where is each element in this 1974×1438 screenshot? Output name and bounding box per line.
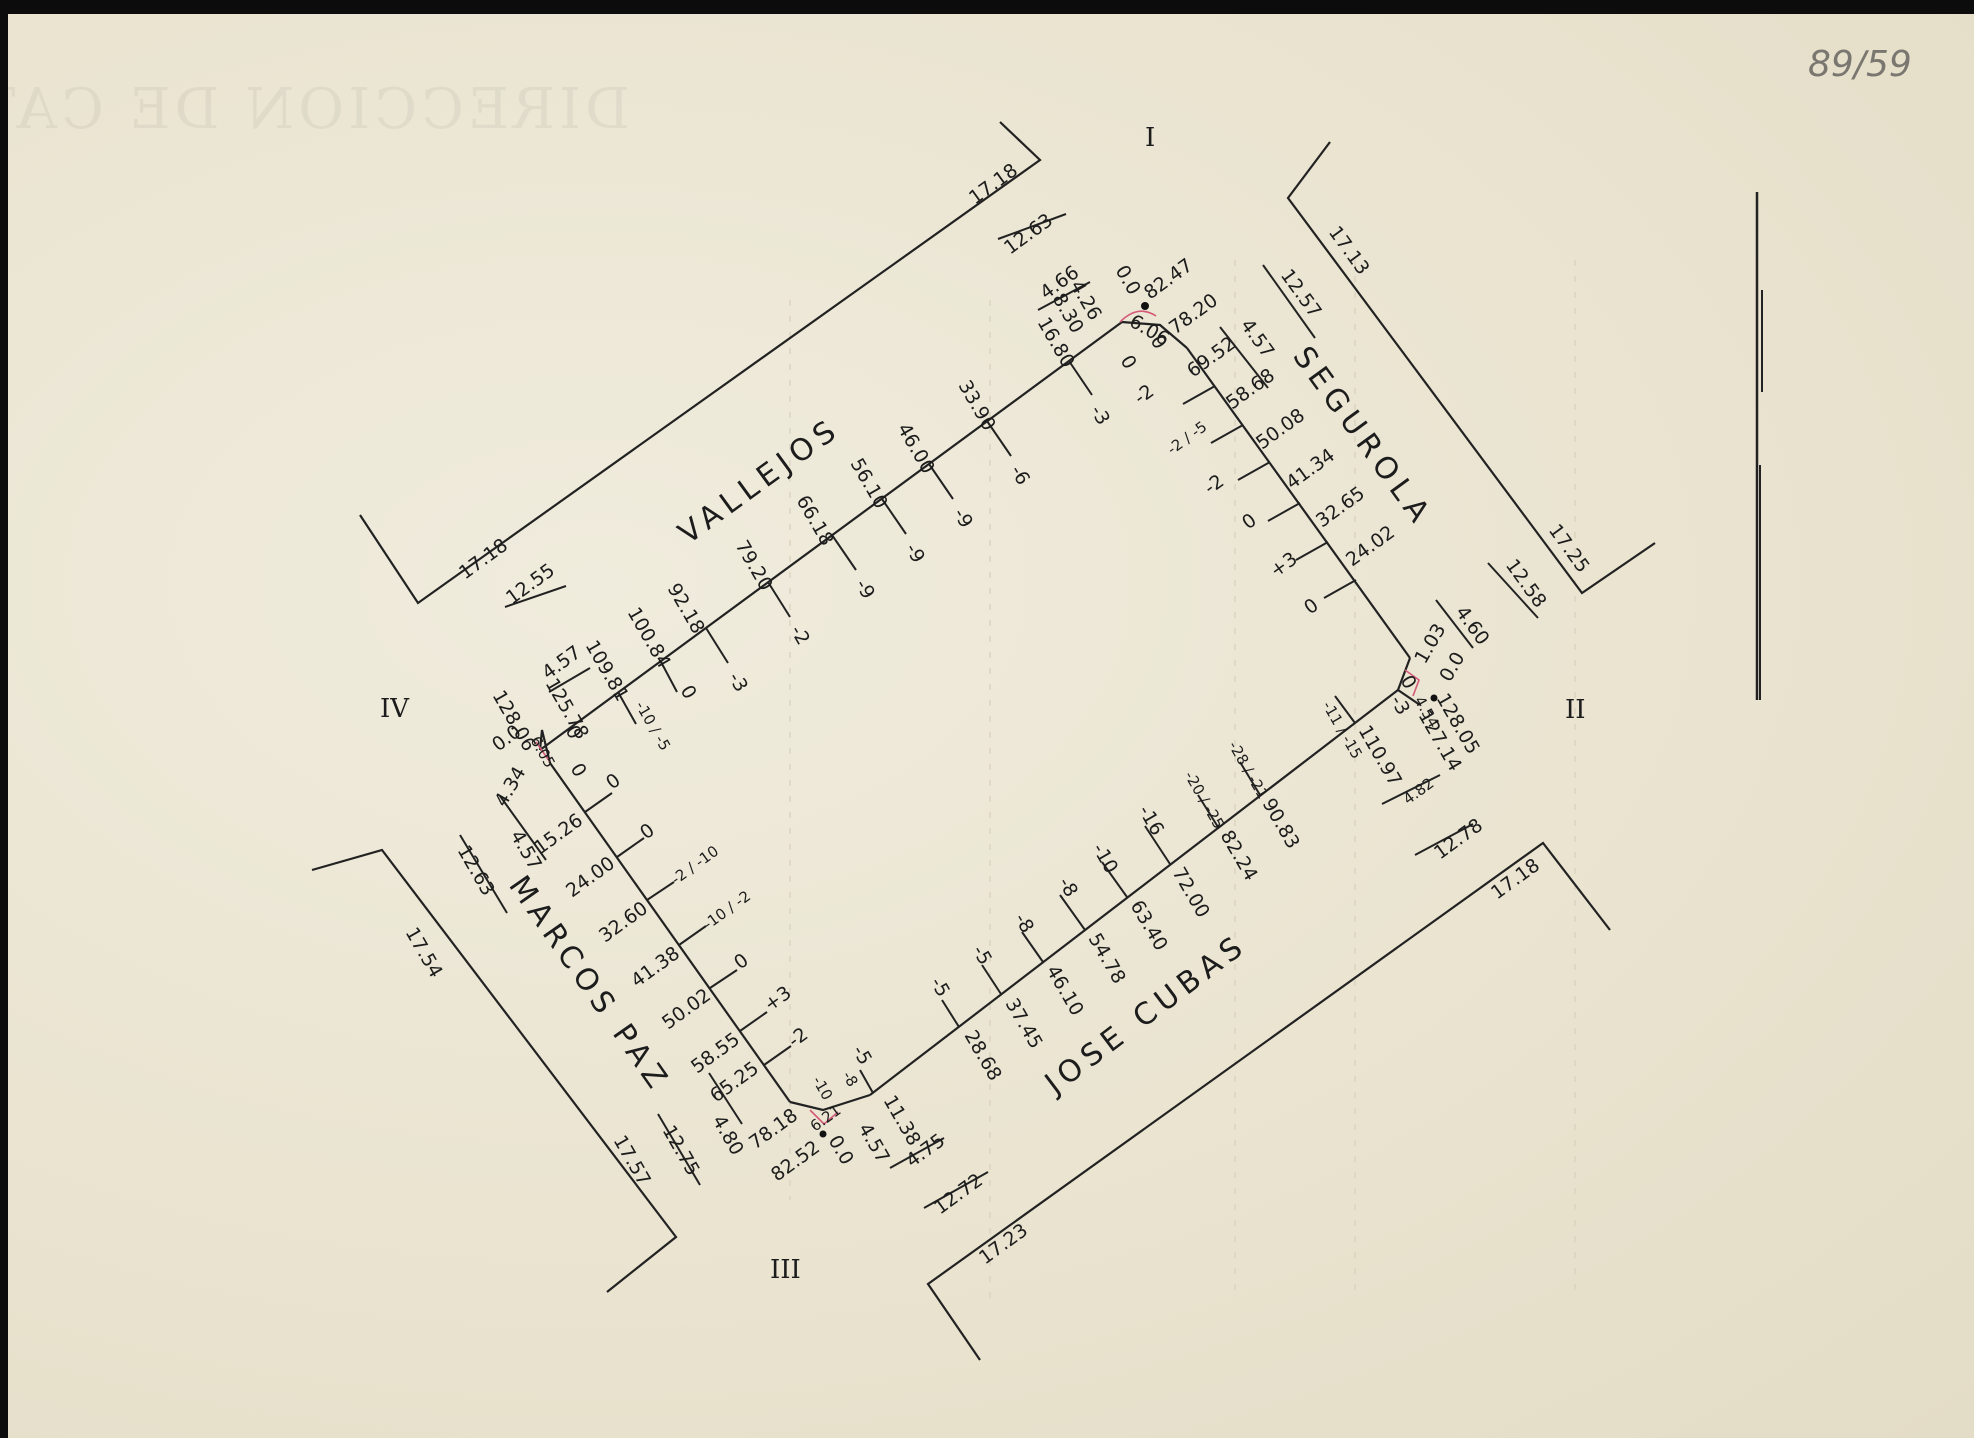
svg-text:17.13: 17.13: [1324, 222, 1374, 279]
svg-text:-8: -8: [1054, 874, 1083, 901]
svg-text:-10 / -5: -10 / -5: [632, 698, 675, 754]
svg-text:-20 / -25: -20 / -25: [1181, 768, 1228, 832]
svg-text:-2 / -5: -2 / -5: [1164, 418, 1211, 459]
svg-text:12.78: 12.78: [1430, 814, 1487, 864]
svg-text:17.57: 17.57: [609, 1132, 655, 1190]
svg-text:12.55: 12.55: [502, 559, 559, 609]
svg-text:-8: -8: [839, 1068, 862, 1090]
svg-text:54.78: 54.78: [1084, 930, 1130, 988]
svg-text:-10: -10: [1088, 840, 1123, 878]
svg-text:-9: -9: [851, 576, 880, 603]
svg-text:-10: -10: [809, 1073, 837, 1103]
svg-text:69.52: 69.52: [1183, 332, 1240, 382]
svg-text:32.60: 32.60: [595, 897, 652, 947]
jose-cubas-station-labels: 11.38 28.68 37.45 46.10 54.78 63.40 72.0…: [848, 698, 1406, 1150]
svg-text:17.18: 17.18: [455, 534, 512, 584]
svg-text:-6: -6: [1006, 462, 1035, 489]
svg-text:0.0: 0.0: [824, 1132, 858, 1169]
svg-text:-10 / -2: -10 / -2: [700, 887, 754, 933]
svg-text:58.68: 58.68: [1222, 364, 1279, 414]
quadrant-label-i: I: [1145, 123, 1155, 153]
svg-text:0.0: 0.0: [1435, 648, 1469, 685]
svg-text:+3: +3: [760, 982, 796, 1016]
svg-text:100.84: 100.84: [623, 604, 675, 673]
svg-text:46.10: 46.10: [1042, 962, 1088, 1020]
svg-text:-16: -16: [1134, 802, 1169, 840]
svg-text:12.75: 12.75: [658, 1122, 704, 1180]
svg-text:0: 0: [1116, 352, 1141, 373]
svg-text:79.20: 79.20: [731, 537, 777, 595]
cadastral-sheet: DIRECCION DE CATASTRO 89/59: [8, 14, 1974, 1438]
segurola-station-labels: 69.52 58.68 50.08 41.34 32.65 24.02 -2 -…: [1130, 332, 1399, 619]
svg-text:17.23: 17.23: [975, 1219, 1032, 1269]
svg-text:82.52: 82.52: [767, 1136, 824, 1186]
svg-text:109.81: 109.81: [581, 637, 633, 706]
svg-text:0: 0: [676, 682, 701, 703]
quadrant-label-iv: IV: [380, 694, 410, 724]
svg-text:72.00: 72.00: [1168, 864, 1214, 922]
svg-text:41.34: 41.34: [1282, 444, 1339, 494]
svg-text:46.00: 46.00: [893, 420, 939, 478]
svg-text:-2 / -10: -2 / -10: [668, 842, 722, 888]
svg-text:50.02: 50.02: [658, 984, 715, 1034]
svg-text:78.20: 78.20: [1165, 289, 1222, 339]
margin-rule: [1757, 192, 1762, 700]
svg-text:28.68: 28.68: [960, 1027, 1006, 1085]
svg-text:37.45: 37.45: [1001, 995, 1047, 1053]
svg-text:-2: -2: [1200, 470, 1228, 499]
vallejos-station-labels: 16.80 33.90 46.00 56.10 66.18 79.20 92.1…: [541, 314, 1115, 754]
svg-text:-5: -5: [968, 942, 997, 969]
svg-text:-28 / -21: -28 / -21: [1225, 738, 1272, 802]
svg-text:-5: -5: [926, 974, 955, 1001]
svg-text:-9: -9: [949, 505, 978, 532]
svg-text:15.26: 15.26: [530, 809, 587, 859]
quadrant-label-iii: III: [770, 1255, 801, 1285]
svg-text:+3: +3: [1266, 548, 1302, 582]
svg-text:4.60: 4.60: [1451, 602, 1494, 649]
svg-text:-5: -5: [848, 1042, 877, 1069]
svg-text:-8: -8: [1010, 910, 1039, 937]
svg-text:33.90: 33.90: [954, 377, 1000, 435]
svg-text:82.24: 82.24: [1216, 827, 1262, 885]
svg-text:4.80: 4.80: [708, 1112, 748, 1160]
svg-text:110.97: 110.97: [1354, 722, 1406, 791]
block-survey-map: DIRECCION DE CATASTRO 89/59: [8, 14, 1974, 1438]
svg-text:4.34: 4.34: [490, 763, 530, 811]
svg-text:63.40: 63.40: [1126, 897, 1172, 955]
svg-text:17.18: 17.18: [965, 159, 1022, 209]
svg-text:0.0: 0.0: [1111, 262, 1145, 299]
svg-text:56.10: 56.10: [846, 455, 892, 513]
handwritten-reference: 89/59: [1808, 44, 1912, 85]
svg-text:24.00: 24.00: [562, 852, 619, 902]
svg-text:78.18: 78.18: [745, 1104, 802, 1154]
svg-text:17.25: 17.25: [1544, 520, 1594, 577]
ghost-header: DIRECCION DE CATASTRO: [8, 77, 630, 142]
svg-text:4.57: 4.57: [854, 1120, 894, 1168]
svg-text:50.08: 50.08: [1252, 404, 1309, 454]
svg-text:12.72: 12.72: [930, 1169, 987, 1219]
svg-text:66.18: 66.18: [792, 492, 838, 550]
svg-text:32.65: 32.65: [1312, 482, 1369, 532]
svg-text:-3: -3: [1086, 402, 1115, 429]
corner-sw-labels: 78.18 82.52 6.21 0.0 4.57 -10 -8: [745, 1068, 894, 1186]
svg-text:12.63: 12.63: [1000, 209, 1057, 259]
svg-text:-9: -9: [901, 540, 930, 567]
svg-text:92.18: 92.18: [663, 580, 709, 638]
svg-text:0: 0: [1300, 594, 1323, 619]
svg-text:6.21: 6.21: [807, 1101, 845, 1135]
quadrant-label-ii: II: [1565, 695, 1586, 725]
svg-text:-2: -2: [1130, 380, 1158, 409]
svg-text:82.47: 82.47: [1140, 254, 1197, 304]
svg-text:-3: -3: [724, 669, 753, 696]
svg-text:0: 0: [1238, 509, 1261, 534]
svg-text:0: 0: [566, 760, 591, 781]
svg-text:0: 0: [730, 949, 753, 974]
svg-text:90.83: 90.83: [1258, 795, 1304, 853]
svg-text:24.02: 24.02: [1342, 521, 1399, 571]
svg-text:41.38: 41.38: [627, 942, 684, 992]
svg-text:12.63: 12.63: [453, 842, 499, 900]
svg-text:17.54: 17.54: [401, 924, 447, 982]
svg-text:0: 0: [602, 769, 625, 794]
